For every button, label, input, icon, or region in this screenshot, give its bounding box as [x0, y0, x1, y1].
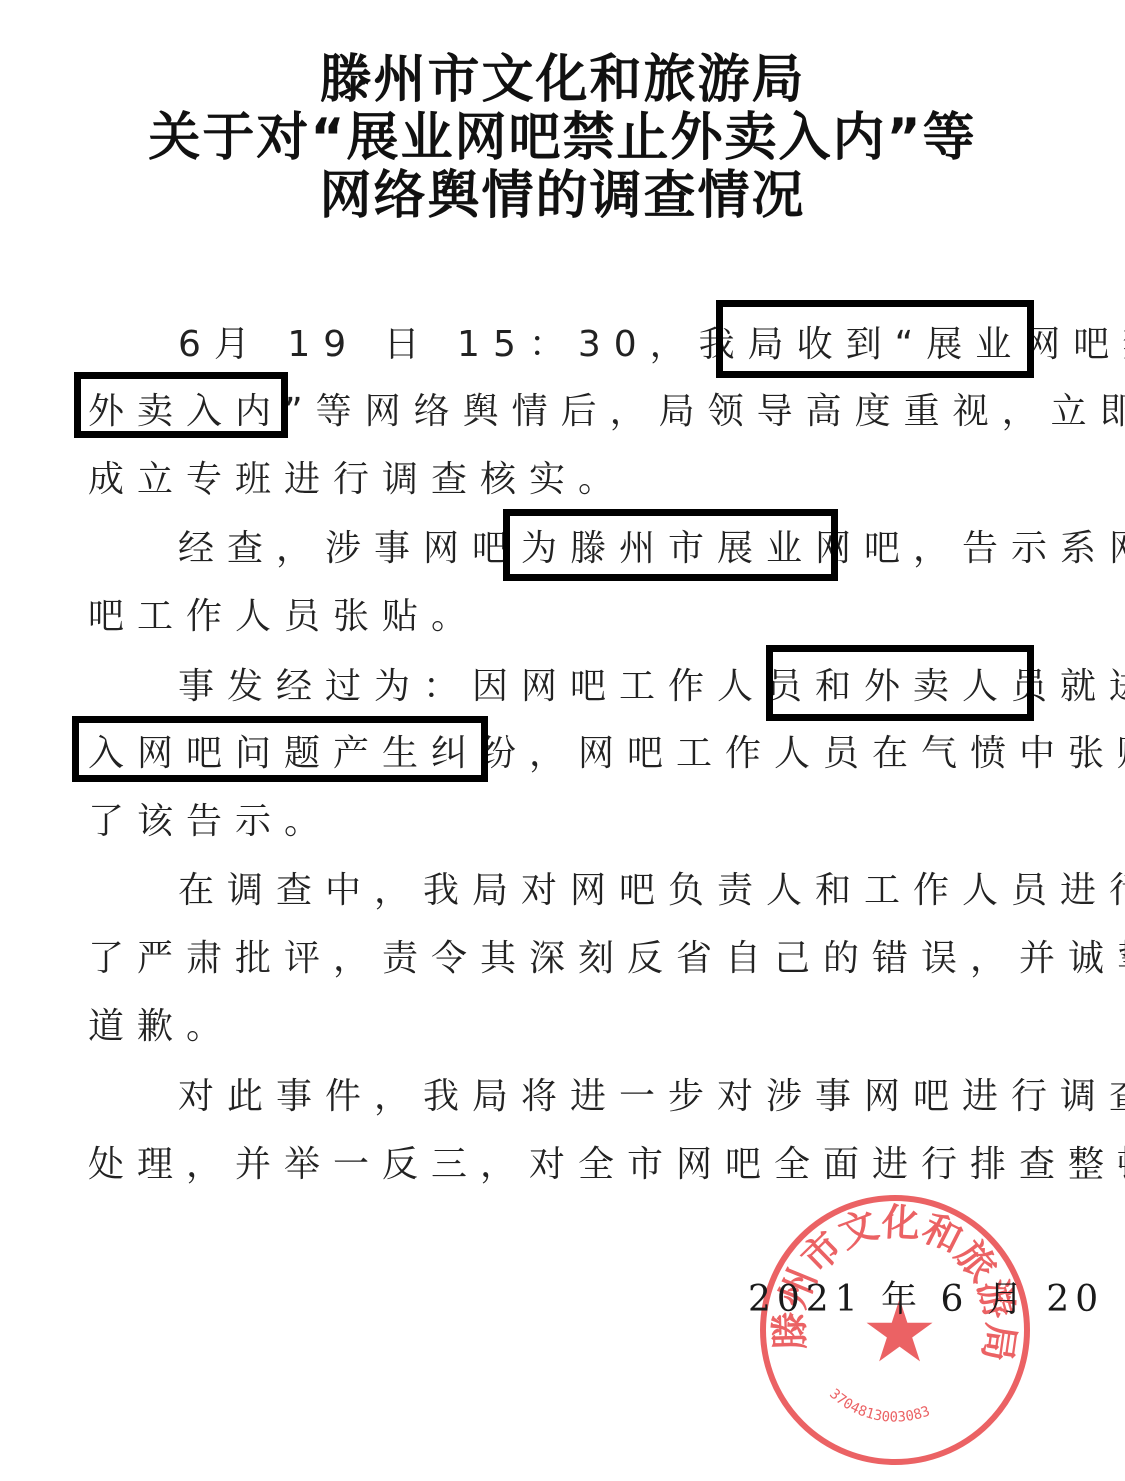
- document-title-line-2: 关于对“展业网吧禁止外卖入内”等: [0, 108, 1125, 168]
- svg-text:3704813003083: 3704813003083: [826, 1386, 932, 1426]
- highlight-box: [74, 372, 288, 438]
- highlight-box: [72, 716, 488, 782]
- official-seal: 滕州市文化和旅游局 3704813003083 ★: [760, 1195, 1030, 1465]
- body-line: 对此事件，我局将进一步对涉事网吧进行调查: [178, 1072, 1125, 1122]
- body-line: 吧工作人员张贴。: [88, 592, 480, 642]
- body-line: 在调查中，我局对网吧负责人和工作人员进行: [178, 866, 1125, 916]
- highlight-box: [766, 645, 1034, 721]
- body-line: 了严肃批评，责令其深刻反省自己的错误，并诚挚: [88, 934, 1125, 984]
- document-title-line-1: 滕州市文化和旅游局: [0, 50, 1125, 110]
- document-date: 2021 年 6 月 20 日: [748, 1278, 1125, 1322]
- body-line: 道歉。: [88, 1002, 235, 1052]
- body-line: 成立专班进行调查核实。: [88, 455, 627, 505]
- highlight-box: [503, 509, 838, 581]
- highlight-box: [716, 300, 1034, 378]
- body-line: 处理，并举一反三，对全市网吧全面进行排查整顿。: [88, 1140, 1125, 1190]
- body-line: 了该告示。: [88, 797, 333, 847]
- document-title-line-3: 网络舆情的调查情况: [0, 166, 1125, 226]
